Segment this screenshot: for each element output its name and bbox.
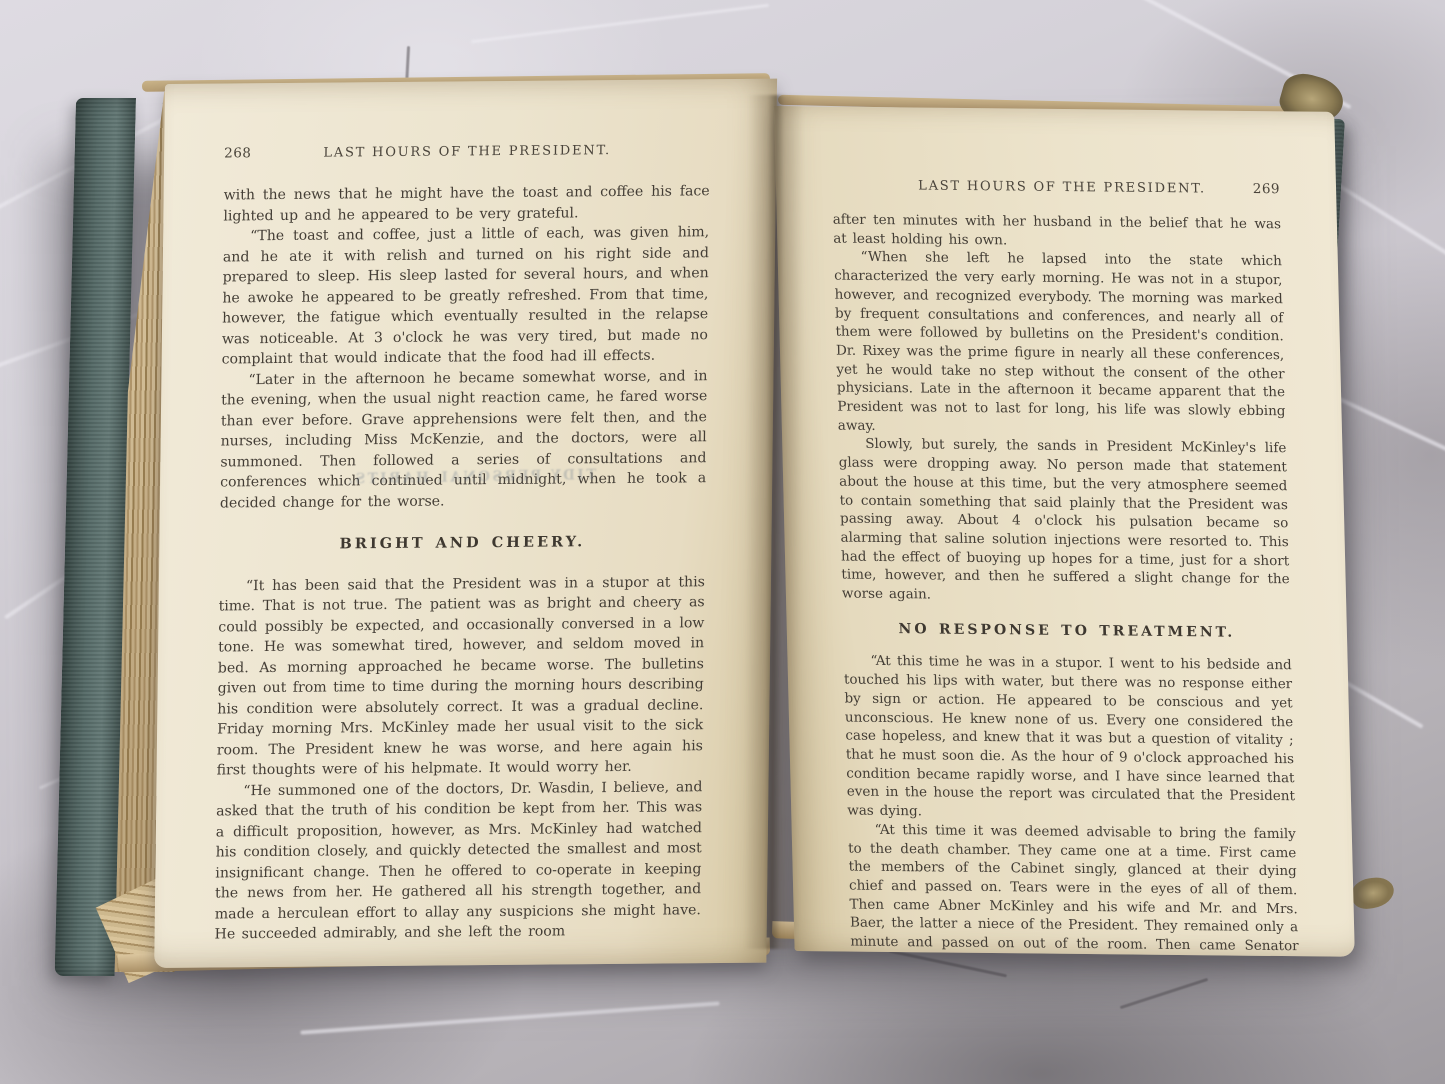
section-heading-bright-and-cheery: BRIGHT AND CHEERY. (219, 531, 705, 556)
paragraph: “It has been said that the President was… (216, 572, 705, 781)
right-page-body: after ten minutes with her husband in th… (833, 211, 1300, 957)
paragraph: Slowly, but surely, the sands in Preside… (838, 435, 1290, 608)
paragraph: “Later in the afternoon he became somewh… (220, 366, 708, 514)
paragraph: “He summoned one of the doctors, Dr. Was… (214, 777, 702, 945)
paragraph: “At this time it was deemed advisable to… (847, 820, 1299, 956)
paragraph: “When she left he lapsed into the state … (833, 248, 1286, 440)
paragraph: after ten minutes with her husband in th… (833, 211, 1282, 253)
header-spacer (652, 153, 710, 154)
left-page-header: 268 LAST HOURS OF THE PRESIDENT. (224, 141, 710, 161)
frayed-cover-corner-bottom (1350, 875, 1396, 911)
mortar-line (471, 4, 769, 44)
crack-line (1120, 978, 1208, 1009)
left-page-number: 268 (224, 145, 282, 162)
paragraph: with the news that he might have the toa… (223, 181, 710, 226)
paragraph: “The toast and coffee, just a little of … (222, 222, 710, 370)
right-running-title: LAST HOURS OF THE PRESIDENT. (832, 178, 1222, 197)
left-running-title: LAST HOURS OF THE PRESIDENT. (282, 143, 652, 161)
paragraph: “At this time he was in a stupor. I went… (843, 652, 1295, 825)
section-heading-no-response-to-treatment: NO RESPONSE TO TREATMENT. (843, 619, 1292, 642)
photo-scene: 268 LAST HOURS OF THE PRESIDENT. with th… (0, 0, 1445, 1084)
right-page: LAST HOURS OF THE PRESIDENT. 269 after t… (774, 106, 1355, 957)
left-page-body: with the news that he might have the toa… (214, 181, 709, 945)
right-page-header: LAST HOURS OF THE PRESIDENT. 269 (832, 177, 1281, 198)
right-page-number: 269 (1222, 181, 1280, 198)
left-page: 268 LAST HOURS OF THE PRESIDENT. with th… (154, 79, 777, 968)
mortar-line (300, 1001, 719, 1034)
